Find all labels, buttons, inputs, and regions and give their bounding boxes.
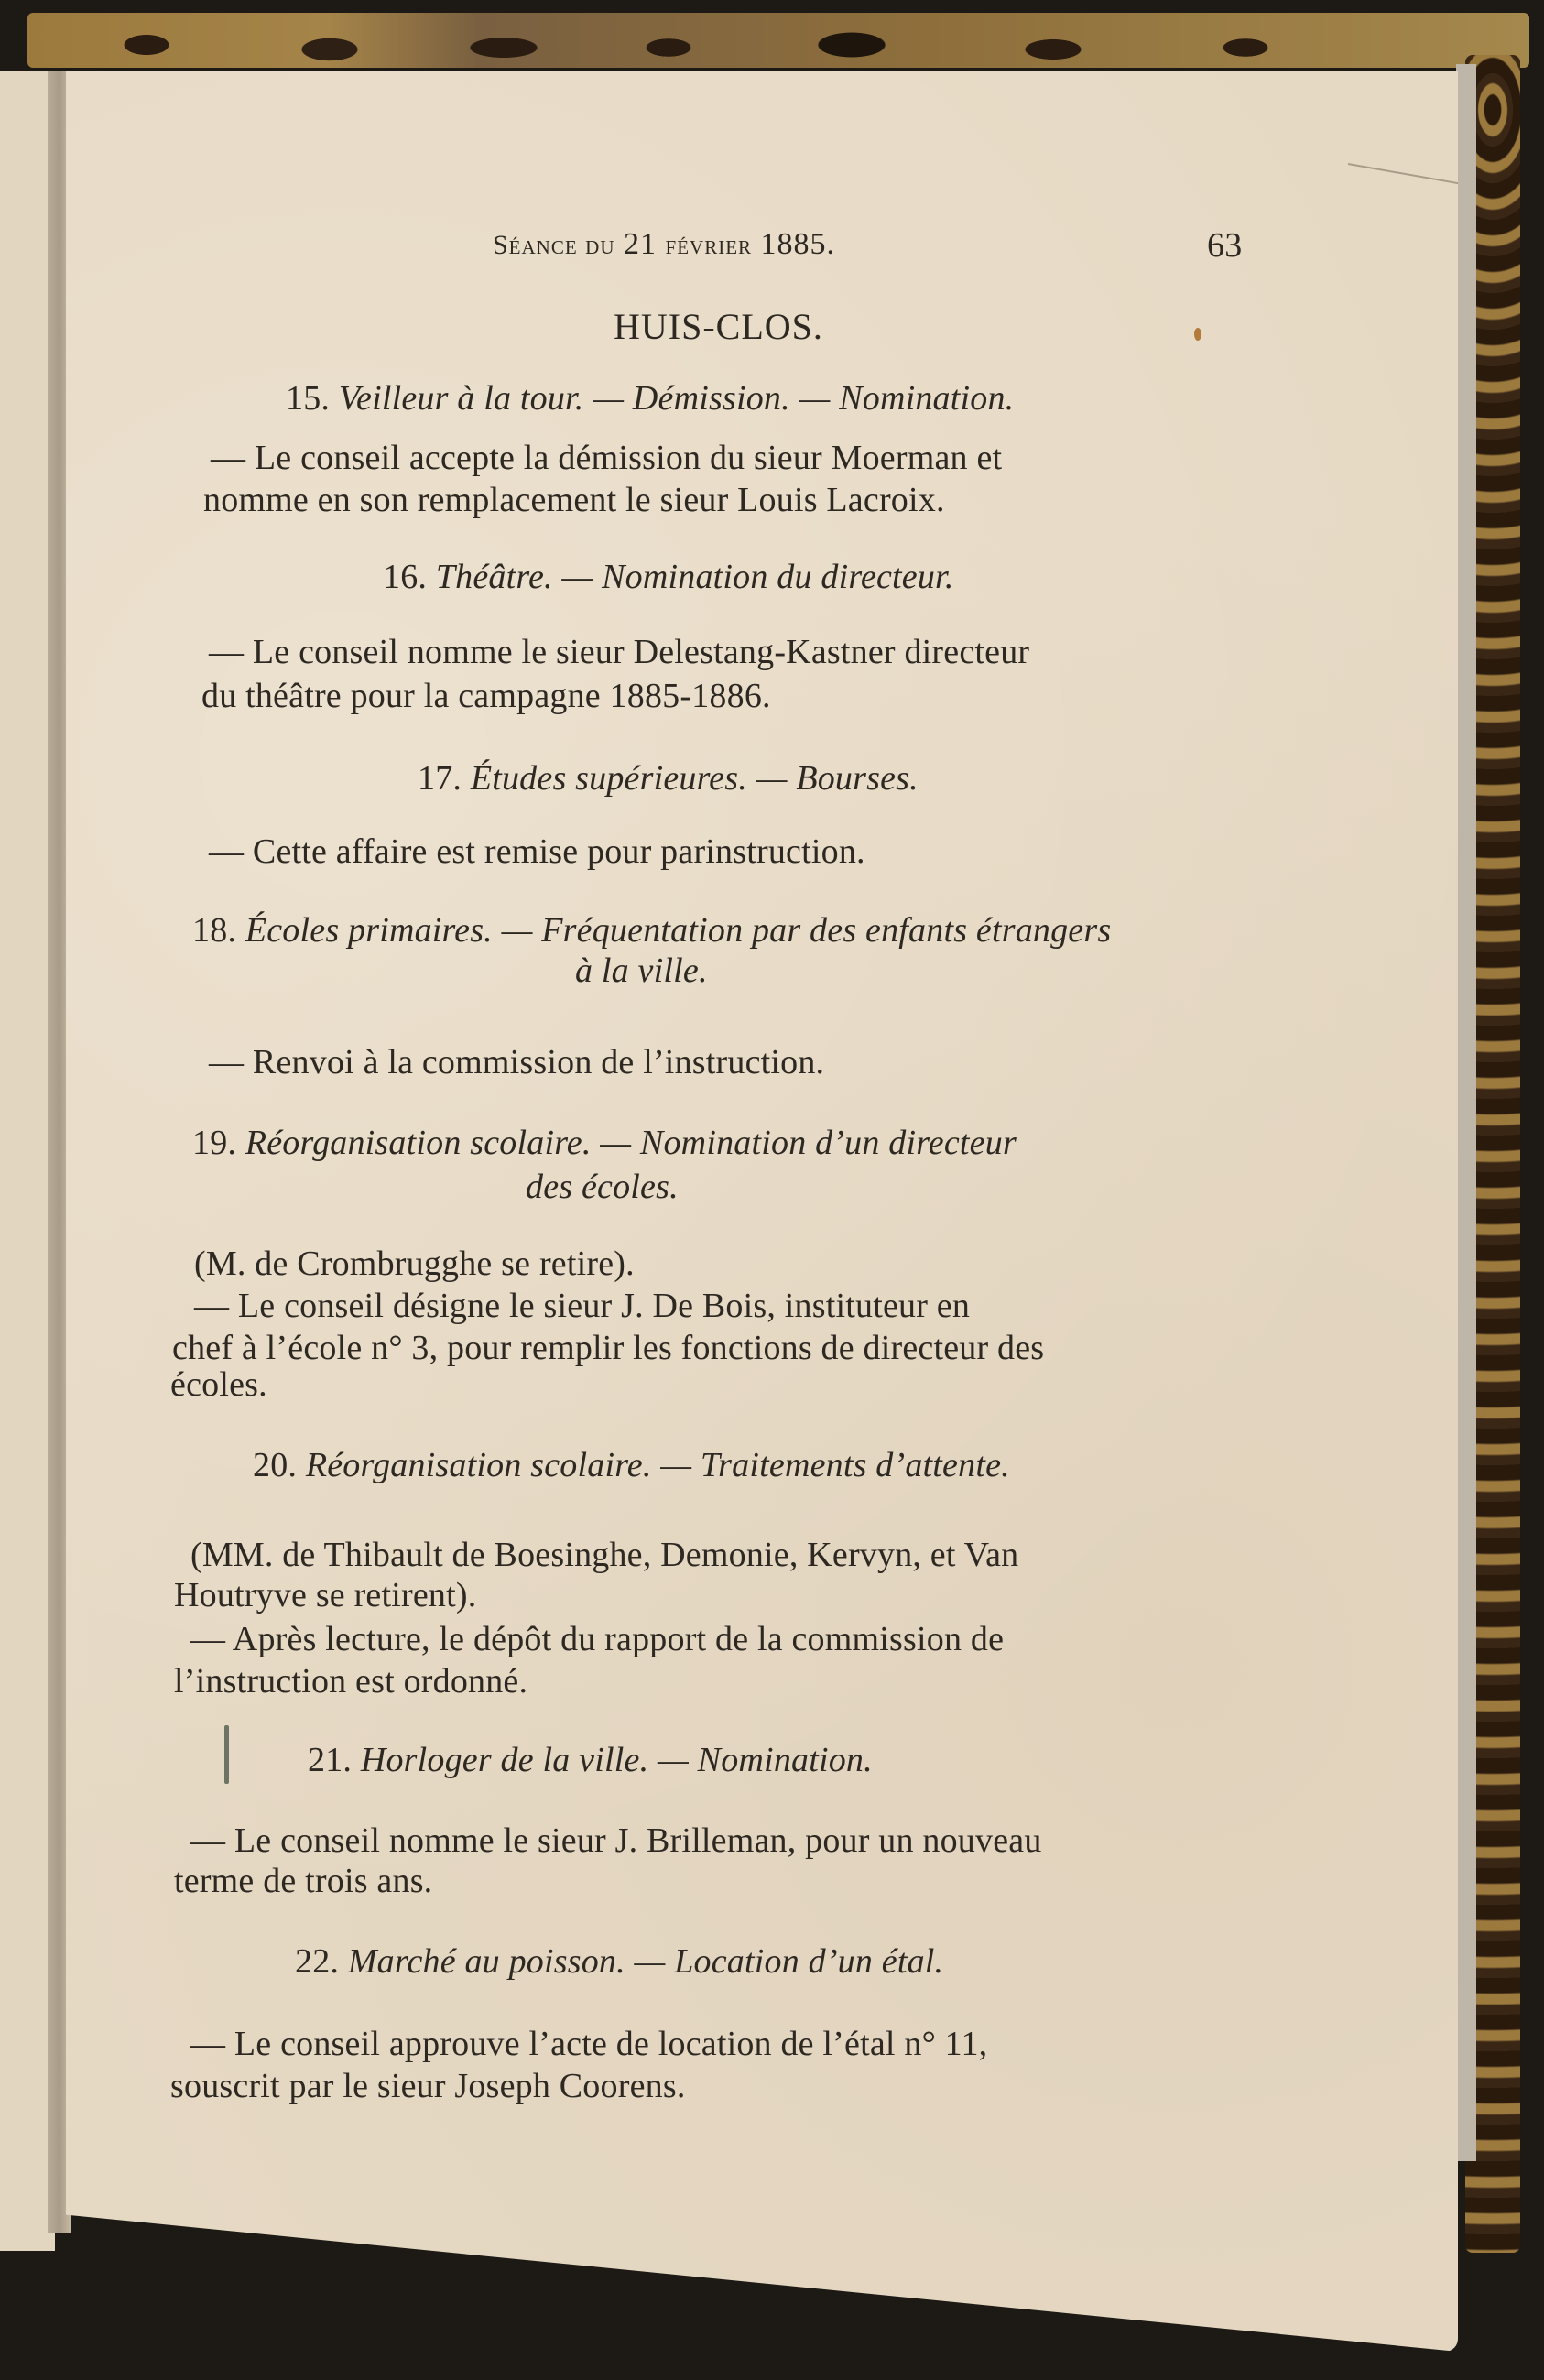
item-body-line: terme de trois ans. [174, 1861, 432, 1901]
item-body-line: — Le conseil nomme le sieur Delestang-Ka… [209, 632, 1029, 672]
item-number: 20. [253, 1446, 297, 1484]
running-head-day: 21 [624, 227, 657, 261]
item-note-line: (MM. de Thibault de Boesinghe, Demonie, … [190, 1535, 1018, 1575]
running-head-year: 1885. [761, 227, 836, 261]
item-title-continued: à la ville. [575, 951, 708, 991]
item-title: Théâtre. — Nomination du directeur. [436, 558, 954, 596]
item-number: 16. [383, 558, 427, 596]
item-heading: 16. Théâtre. — Nomination du directeur. [383, 557, 954, 597]
book-page: Séance du 21 février 1885. 63 HUIS-CLOS.… [66, 71, 1458, 2352]
item-title: Marché au poisson. — Location d’un étal. [348, 1942, 943, 1981]
item-body-line: — Cette affaire est remise pour parinstr… [209, 831, 865, 872]
item-body-line: nomme en son remplacement le sieur Louis… [203, 480, 945, 520]
page-number: 63 [1207, 225, 1242, 266]
item-heading: 21. Horloger de la ville. — Nomination. [308, 1740, 873, 1780]
item-body-line: — Le conseil nomme le sieur J. Brilleman… [190, 1820, 1042, 1861]
item-title: Horloger de la ville. — Nomination. [361, 1741, 873, 1779]
item-number: 18. [192, 911, 236, 950]
ink-spot [1194, 328, 1201, 341]
item-title-continued: des écoles. [526, 1167, 679, 1207]
item-heading: 22. Marché au poisson. — Location d’un é… [295, 1941, 943, 1982]
marginal-pencil-mark [224, 1725, 229, 1784]
book-cover-top-edge [27, 13, 1529, 68]
item-body-line: écoles. [170, 1364, 267, 1405]
item-heading: 20. Réorganisation scolaire. — Traitemen… [253, 1445, 1010, 1485]
item-number: 17. [418, 759, 462, 798]
running-head-prefix: Séance du [493, 230, 615, 260]
item-body-line: — Le conseil approuve l’acte de location… [190, 2024, 987, 2064]
item-body-line: — Le conseil désigne le sieur J. De Bois… [194, 1286, 970, 1326]
running-head: Séance du 21 février 1885. [493, 227, 835, 262]
item-number: 19. [192, 1124, 236, 1162]
item-heading: 18. Écoles primaires. — Fréquentation pa… [192, 910, 1111, 951]
item-title: Veilleur à la tour. — Démission. — Nomin… [339, 379, 1015, 418]
item-heading: 15. Veilleur à la tour. — Démission. — N… [286, 378, 1014, 418]
running-head-month: février [666, 230, 753, 260]
item-body-line: chef à l’école n° 3, pour remplir les fo… [172, 1328, 1044, 1368]
item-number: 15. [286, 379, 330, 418]
facing-page-edge [0, 71, 55, 2251]
item-number: 21. [308, 1741, 352, 1779]
item-body-line: l’instruction est ordonné. [174, 1661, 527, 1701]
page-content: Séance du 21 février 1885. 63 HUIS-CLOS.… [66, 71, 1458, 2352]
item-number: 22. [295, 1942, 339, 1981]
item-body-line: du théâtre pour la campagne 1885-1886. [201, 676, 771, 716]
item-title: Réorganisation scolaire. — Nomination d’… [245, 1124, 1017, 1162]
item-note-line: (M. de Crombrugghe se retire). [194, 1244, 635, 1284]
item-title: Écoles primaires. — Fréquentation par de… [245, 911, 1112, 950]
item-title: Réorganisation scolaire. — Traitements d… [306, 1446, 1010, 1484]
page-stack-edge [1456, 64, 1476, 2161]
section-title: HUIS-CLOS. [614, 305, 823, 348]
item-heading: 17. Études supérieures. — Bourses. [418, 758, 919, 799]
item-body-line: — Renvoi à la commission de l’instructio… [209, 1042, 824, 1082]
item-body-line: — Après lecture, le dépôt du rapport de … [190, 1619, 1004, 1659]
item-title: Études supérieures. — Bourses. [471, 759, 919, 798]
item-note-line: Houtryve se retirent). [174, 1575, 476, 1615]
item-heading: 19. Réorganisation scolaire. — Nominatio… [192, 1123, 1017, 1163]
item-body-line: souscrit par le sieur Joseph Coorens. [170, 2066, 686, 2106]
item-body-line: — Le conseil accepte la démission du sie… [211, 438, 1002, 478]
